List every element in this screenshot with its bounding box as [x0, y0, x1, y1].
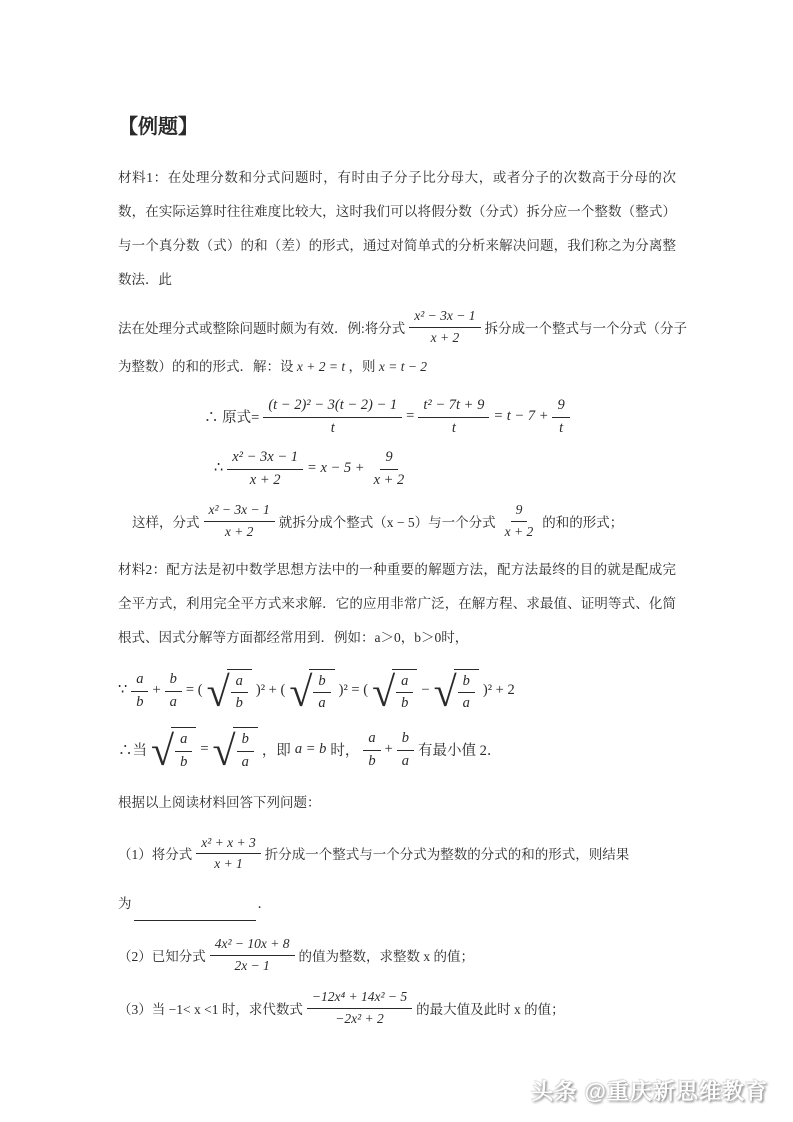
fraction-denominator: x + 2 [245, 470, 286, 490]
fraction-b-over-a: b a [458, 672, 475, 714]
fraction-numerator: x² + x + 3 [196, 834, 261, 855]
fraction-denominator: b [131, 692, 148, 712]
radical-b-over-a: √ b a [289, 669, 334, 714]
radicand: b a [454, 669, 479, 714]
fraction-denominator: b [175, 752, 192, 772]
answer-blank [134, 905, 256, 921]
fraction-a-over-b: a b [396, 672, 413, 714]
step2-fraction-2: 9 x + 2 [369, 448, 410, 490]
fraction-denominator: a [237, 752, 254, 772]
fraction-b-over-a: b a [165, 670, 182, 712]
equals-expression: = x − 5 + [307, 460, 365, 477]
fraction-numerator: −12x⁴ + 14x² − 5 [307, 988, 412, 1009]
answer-lead: 为 [118, 887, 132, 921]
equals-sign: = [200, 741, 208, 758]
fraction-numerator: b [237, 730, 254, 752]
fraction-numerator: 9 [511, 501, 528, 522]
fraction-b-over-a: b a [237, 730, 254, 772]
question-1-prefix: （1）将分式 [118, 843, 192, 863]
radicand: a b [227, 669, 252, 714]
squared-equals-open-paren: )² = ( [339, 682, 368, 699]
fraction-numerator: a [231, 672, 248, 694]
formula-because-line: ∵ a b + b a = ( √ a b )² + ( √ b [118, 669, 676, 714]
radical-a-over-b: √ a b [151, 727, 196, 772]
question-3-fraction: −12x⁴ + 14x² − 5 −2x² + 2 [307, 988, 412, 1027]
radicand: a b [392, 669, 417, 714]
fraction-denominator: x + 2 [500, 522, 539, 541]
fraction-numerator: b [397, 729, 414, 751]
fraction-denominator: −2x² + 2 [330, 1009, 389, 1028]
step2-fraction-1: x² − 3x − 1 x + 2 [227, 448, 303, 490]
fraction-denominator: 2x − 1 [229, 956, 274, 975]
radical-b-over-a: √ b a [213, 727, 258, 772]
question-1: （1）将分式 x² + x + 3 x + 1 折分成一个整式与一个分式为整数的… [118, 834, 676, 873]
step1-fraction-1: (t − 2)² − 3(t − 2) − 1 t [263, 396, 402, 438]
formula-step1: ∴ 原式= (t − 2)² − 3(t − 2) − 1 t = t² − 7… [204, 396, 676, 438]
fraction-numerator: 9 [552, 396, 569, 418]
fraction-numerator: t² − 7t + 9 [418, 396, 489, 418]
answer-tail: ． [258, 887, 272, 921]
material1-summary-line: 这样，分式 x² − 3x − 1 x + 2 就拆分成个整式（x − 5）与一… [132, 501, 676, 540]
equals-expression: = t − 7 + [493, 408, 548, 425]
summary-fraction-1: x² − 3x − 1 x + 2 [204, 501, 275, 540]
toutiao-watermark: 头条 @重庆新思维教育 [531, 1075, 768, 1106]
therefore-symbol: ∴当 [118, 739, 147, 760]
summary-prefix: 这样，分式 [132, 511, 200, 531]
fraction-numerator: x² − 3x − 1 [409, 307, 480, 328]
question-3: （3）当 −1< x <1 时，求代数式 −12x⁴ + 14x² − 5 −2… [118, 988, 676, 1027]
fraction-numerator: a [396, 672, 413, 694]
fraction-denominator: a [458, 693, 475, 713]
summary-fraction-2: 9 x + 2 [500, 501, 539, 540]
step1-fraction-3: 9 t [552, 396, 569, 438]
formula-therefore-line: ∴当 √ a b = √ b a ，即 a = b 时， a [118, 727, 676, 772]
question-1-fraction: x² + x + 3 x + 1 [196, 834, 261, 873]
fraction-denominator: a [313, 693, 330, 713]
radicand: b a [233, 727, 258, 772]
fraction-denominator: x + 2 [369, 470, 410, 490]
question-3-prefix: （3）当 −1< x <1 时，求代数式 [118, 998, 303, 1018]
example-line-suffix: 拆分成一个整式与一个分式（分子 [485, 317, 688, 337]
solve-line-substitution: x + 2 = t [297, 359, 345, 374]
squared-plus-two: )² + 2 [483, 682, 515, 699]
fraction-denominator: b [231, 693, 248, 713]
summary-middle: 就拆分成个整式（x − 5）与一个分式 [279, 511, 496, 531]
fraction-numerator: b [165, 670, 182, 692]
fraction-denominator: x + 2 [220, 522, 259, 541]
therefore-symbol: ∴ 原式= [204, 406, 259, 427]
material2-paragraph: 材料2：配方法是初中数学思想方法中的一种重要的解题方法，配方法最终的目的就是配成… [118, 553, 676, 655]
example-line-prefix: 法在处理分式或整除问题时颇为有效．例:将分式 [118, 317, 405, 337]
radical-a-over-b: √ a b [207, 669, 252, 714]
fraction-b-over-a: b a [397, 729, 414, 771]
question-1-suffix: 折分成一个整式与一个分式为整数的分式的和的形式，则结果 [265, 843, 630, 863]
material1-example-line: 法在处理分式或整除问题时颇为有效．例:将分式 x² − 3x − 1 x + 2… [118, 307, 676, 346]
material1-solve-line: 为整数）的和的形式．解：设 x + 2 = t ，则 x = t − 2 [118, 350, 676, 384]
fraction-denominator: b [396, 693, 413, 713]
fraction-denominator: t [554, 418, 568, 438]
solve-line-text: 为整数）的和的形式．解：设 [118, 359, 294, 374]
question-1-answer-line: 为 ． [118, 887, 676, 921]
question-2-fraction: 4x² − 10x + 8 2x − 1 [210, 935, 295, 974]
therefore-symbol: ∴ [214, 460, 223, 477]
fraction-numerator: b [458, 672, 475, 694]
fraction-denominator: x + 2 [426, 328, 465, 347]
fraction-denominator: b [363, 751, 380, 771]
squared-plus-open-paren: )² + ( [256, 682, 285, 699]
question-3-suffix: 的最大值及此时 x 的值； [416, 998, 565, 1018]
radical-a-over-b: √ a b [372, 669, 417, 714]
solve-line-result: x = t − 2 [379, 359, 427, 374]
equals-open-paren: = ( [186, 682, 203, 699]
summary-suffix: 的和的形式； [542, 511, 623, 531]
fraction-numerator: 9 [380, 448, 397, 470]
fraction-numerator: x² − 3x − 1 [227, 448, 303, 470]
radicand: b a [309, 669, 334, 714]
question-2-prefix: （2）已知分式 [118, 945, 206, 965]
fraction-numerator: a [363, 729, 380, 751]
fraction-a-over-b: a b [363, 729, 380, 771]
fraction-numerator: 4x² − 10x + 8 [210, 935, 295, 956]
fraction-numerator: a [131, 670, 148, 692]
page-title: 【例题】 [118, 110, 676, 139]
minus-sign: − [421, 682, 429, 699]
plus-sign: + [152, 682, 160, 699]
document-page: { "page": { "title": "【例题】", "watermark"… [0, 0, 793, 1122]
fraction-denominator: t [326, 418, 340, 438]
radical-b-over-a: √ b a [434, 669, 479, 714]
fraction-b-over-a: b a [313, 672, 330, 714]
because-symbol: ∵ [118, 682, 127, 699]
step1-fraction-2: t² − 7t + 9 t [418, 396, 489, 438]
questions-intro: 根据以上阅读材料回答下列问题： [118, 786, 676, 820]
fraction-numerator: x² − 3x − 1 [204, 501, 275, 522]
question-2-suffix: 的值为整数，求整数 x 的值； [299, 945, 475, 965]
fraction-a-over-b: a b [131, 670, 148, 712]
fraction-a-over-b: a b [175, 730, 192, 772]
radicand: a b [171, 727, 196, 772]
minimum-value-text: 有最小值 2． [418, 739, 501, 760]
fraction-denominator: a [165, 692, 182, 712]
fraction-numerator: (t − 2)² − 3(t − 2) − 1 [263, 396, 402, 418]
fraction-denominator: x + 1 [209, 854, 248, 873]
fraction-numerator: a [175, 730, 192, 752]
formula-step2: ∴ x² − 3x − 1 x + 2 = x − 5 + 9 x + 2 [214, 448, 676, 490]
worksheet-content: 【例题】 材料1：在处理分数和分式问题时，有时由子分子比分母大，或者分子的次数高… [118, 110, 676, 1041]
material1-paragraph: 材料1：在处理分数和分式问题时，有时由子分子比分母大，或者分子的次数高于分母的次… [118, 161, 676, 297]
fraction-numerator: b [313, 672, 330, 694]
connector-text: ，即 [262, 739, 291, 760]
equals-sign: = [406, 408, 414, 425]
connector-text: 时， [330, 739, 359, 760]
fraction-a-over-b: a b [231, 672, 248, 714]
solve-line-connector: ，则 [348, 359, 375, 374]
fraction-denominator: t [447, 418, 461, 438]
fraction-denominator: a [397, 751, 414, 771]
condition-a-equals-b: a = b [295, 741, 327, 758]
plus-sign: + [385, 741, 393, 758]
example-fraction: x² − 3x − 1 x + 2 [409, 307, 480, 346]
question-2: （2）已知分式 4x² − 10x + 8 2x − 1 的值为整数，求整数 x… [118, 935, 676, 974]
